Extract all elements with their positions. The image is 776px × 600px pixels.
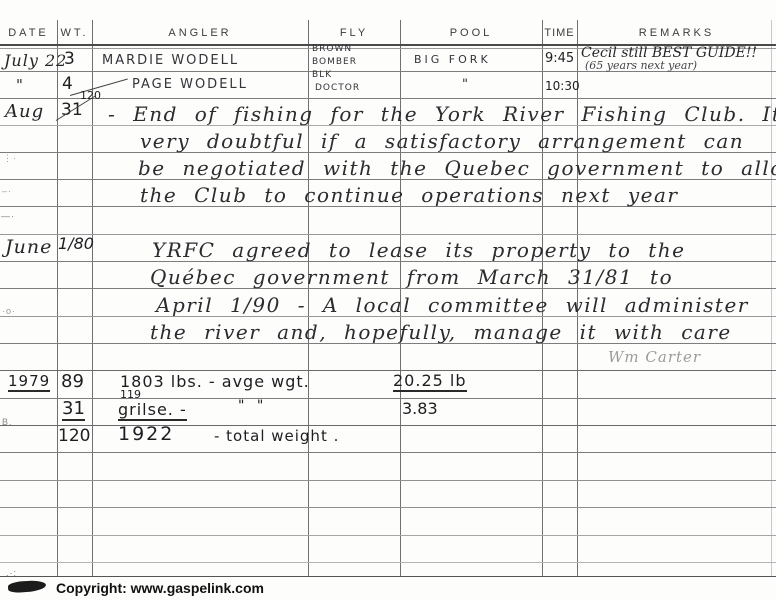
entry-fly: BLK: [312, 70, 332, 80]
entry-fly: BOMBER: [312, 57, 357, 67]
header-date: DATE: [0, 27, 57, 39]
summary-value: 3.83: [402, 399, 438, 418]
header-pool: POOL: [400, 27, 542, 39]
summary-value: 20.25 lb: [393, 371, 467, 392]
ruled-line: [0, 480, 776, 481]
note-line: the river and, hopefully, manage it with…: [150, 320, 732, 344]
copyright-text: Copyright: www.gaspelink.com: [56, 580, 264, 596]
entry-fly: BROWN: [312, 44, 352, 54]
ink-smudge: —·: [1, 211, 15, 221]
header-wt: WT.: [57, 27, 92, 39]
header-fly: FLY: [308, 27, 400, 39]
note-line: YRFC agreed to lease its property to the: [152, 238, 686, 262]
entry-remarks: (65 years next year): [585, 59, 697, 72]
summary-count: 31: [62, 398, 85, 421]
entry-angler: PAGE WODELL: [132, 77, 248, 92]
summary-value: 1922: [118, 423, 174, 445]
ruled-line: [0, 370, 776, 371]
ink-smudge: Β.: [2, 417, 13, 427]
ruled-line: [0, 98, 776, 99]
note-line: - End of fishing for the York River Fish…: [108, 102, 776, 126]
header-remarks: REMARKS: [577, 27, 776, 39]
ruled-line: [0, 562, 776, 563]
entry-weight: 4: [62, 74, 73, 94]
ink-smudge: ⋮·: [3, 153, 17, 164]
entry-pool: ": [462, 77, 469, 92]
entry-date: ": [16, 76, 24, 94]
entry-date: Aug: [5, 101, 44, 122]
ruled-line: [0, 398, 776, 399]
ditto-marks: " ": [238, 398, 267, 414]
note-line: April 1/90 - A local committee will admi…: [156, 293, 749, 317]
signature: Wm Carter: [608, 348, 701, 366]
scanned-logbook-page: DATE WT. ANGLER FLY POOL TIME REMARKS Ju…: [0, 0, 776, 600]
note-line: the Club to continue operations next yea…: [140, 183, 678, 207]
ruled-line: [0, 425, 776, 426]
entry-date: July 22: [4, 51, 67, 70]
ink-smudge: ·о·: [2, 306, 16, 316]
note-line: be negotiated with the Quebec government…: [138, 156, 776, 180]
summary-count: 89: [61, 371, 84, 392]
summary-text: - total weight .: [214, 427, 339, 445]
entry-time: 10:30: [545, 79, 580, 93]
entry-fly: DOCTOR: [315, 83, 360, 93]
ruled-line: [0, 576, 776, 577]
ruled-line: [0, 507, 776, 508]
header-angler: ANGLER: [92, 27, 308, 39]
column-rule: [57, 20, 58, 576]
entry-date: June: [5, 236, 52, 258]
entry-time: 9:45: [545, 51, 574, 66]
ink-blob: [8, 580, 47, 594]
column-rule: [92, 20, 93, 576]
summary-year: 1979: [8, 372, 50, 392]
summary-count: 120: [58, 426, 90, 446]
summary-text: grilse. -: [118, 400, 187, 421]
ink-smudge: –·: [2, 186, 12, 196]
entry-angler: MARDIE WODELL: [102, 53, 239, 68]
ruled-line: [0, 452, 776, 453]
entry-weight: 1/80: [58, 234, 94, 253]
entry-weight: 3: [64, 49, 75, 69]
entry-weight-superscript: 120: [80, 89, 101, 102]
ink-smudge: .·:: [6, 568, 17, 578]
note-line: very doubtful if a satisfactory arrangem…: [140, 129, 744, 153]
header-time: TIME: [542, 27, 577, 39]
note-line: Québec government from March 31/81 to: [150, 265, 673, 289]
entry-pool: BIG FORK: [414, 53, 491, 66]
ruled-line: [0, 234, 776, 235]
ruled-line: [0, 535, 776, 536]
summary-text: 1803 lbs. - avge wgt.: [120, 372, 310, 391]
